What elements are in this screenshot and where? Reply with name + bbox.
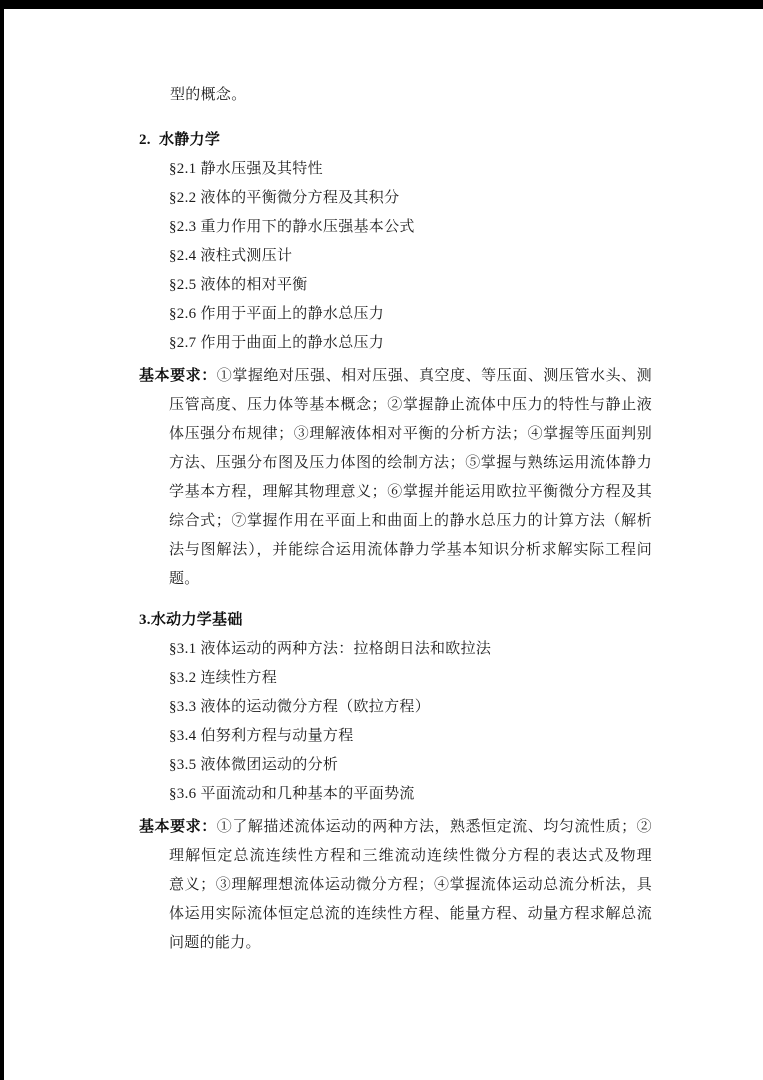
requirements-paragraph-line: 压管高度、压力体等基本概念；②掌握静止流体中压力的特性与静止液 — [169, 391, 652, 420]
requirements-paragraph-line: 体运用实际流体恒定总流的连续性方程、能量方程、动量方程求解总流 — [169, 900, 652, 929]
section-item: §3.3 液体的运动微分方程（欧拉方程） — [169, 693, 763, 722]
requirements-paragraph-line: 理解恒定总流连续性方程和三维流动连续性微分方程的表达式及物理 — [169, 842, 652, 871]
requirements-paragraph-line: 综合式；⑦掌握作用在平面上和曲面上的静水总压力的计算方法（解析 — [169, 507, 652, 536]
section-item: §2.4 液柱式测压计 — [169, 242, 763, 271]
document-page: 型的概念。2. 水静力学§2.1 静水压强及其特性§2.2 液体的平衡微分方程及… — [0, 0, 763, 958]
section-item: §3.6 平面流动和几种基本的平面势流 — [169, 780, 763, 809]
section-item: §3.5 液体微团运动的分析 — [169, 751, 763, 780]
requirements-paragraph-line: 意义；③理解理想流体运动微分方程；④掌握流体运动总流分析法，具 — [169, 871, 652, 900]
chapter-heading: 2. 水静力学 — [139, 126, 763, 155]
section-item: §2.2 液体的平衡微分方程及其积分 — [169, 184, 763, 213]
requirements-paragraph-end: 问题的能力。 — [169, 929, 763, 958]
requirements-paragraph-start: 基本要求：①掌握绝对压强、相对压强、真空度、等压面、测压管水头、测 — [139, 362, 652, 391]
requirements-text: ①了解描述流体运动的两种方法，熟悉恒定流、均匀流性质；② — [217, 819, 652, 835]
requirements-paragraph-line: 学基本方程，理解其物理意义；⑥掌握并能运用欧拉平衡微分方程及其 — [169, 478, 652, 507]
chapter-heading: 3.水动力学基础 — [139, 606, 763, 635]
section-item: §2.3 重力作用下的静水压强基本公式 — [169, 213, 763, 242]
requirements-paragraph-end: 题。 — [169, 565, 763, 594]
requirements-paragraph-line: 体压强分布规律；③理解液体相对平衡的分析方法；④掌握等压面判别 — [169, 420, 652, 449]
section-item: §2.6 作用于平面上的静水总压力 — [169, 300, 763, 329]
requirements-paragraph-start: 基本要求：①了解描述流体运动的两种方法，熟悉恒定流、均匀流性质；② — [139, 813, 652, 842]
requirements-paragraph-line: 法与图解法），并能综合运用流体静力学基本知识分析求解实际工程问 — [169, 536, 652, 565]
requirements-label: 基本要求： — [139, 819, 217, 835]
section-item: §2.5 液体的相对平衡 — [169, 271, 763, 300]
section-item: §2.1 静水压强及其特性 — [169, 155, 763, 184]
paragraph-continuation-line: 型的概念。 — [170, 81, 763, 110]
section-item: §3.1 液体运动的两种方法：拉格朗日法和欧拉法 — [169, 635, 763, 664]
section-item: §3.2 连续性方程 — [169, 664, 763, 693]
requirements-label: 基本要求： — [139, 368, 217, 384]
section-item: §3.4 伯努利方程与动量方程 — [169, 722, 763, 751]
requirements-text: ①掌握绝对压强、相对压强、真空度、等压面、测压管水头、测 — [217, 368, 652, 384]
section-item: §2.7 作用于曲面上的静水总压力 — [169, 329, 763, 358]
requirements-paragraph-line: 方法、压强分布图及压力体图的绘制方法；⑤掌握与熟练运用流体静力 — [169, 449, 652, 478]
